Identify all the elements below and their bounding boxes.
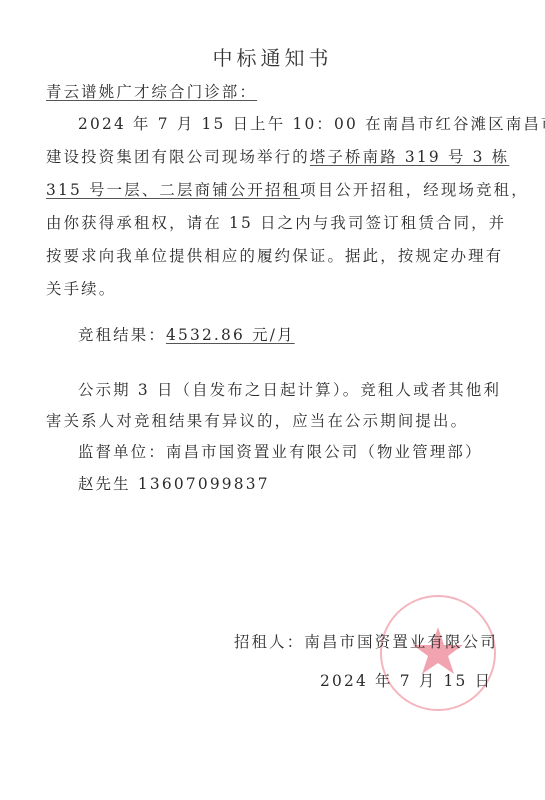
star-icon	[382, 597, 494, 709]
body-line-5: 按要求向我单位提供相应的履约保证。据此，按规定办理有	[46, 244, 503, 266]
company-seal-stamp	[380, 595, 496, 711]
result-line: 竞租结果：4532.86 元/月	[78, 323, 295, 345]
date-line: 2024 年 7 月 15 日	[320, 669, 492, 691]
supervisor-line: 监督单位：南昌市国资置业有限公司（物业管理部）	[78, 440, 483, 462]
body-line-4: 由你获得承租权，请在 15 日之内与我司签订租赁合同，并	[46, 211, 506, 233]
body-line-3-text: 项目公开招租，经现场竞租，	[300, 181, 529, 199]
result-value: 4532.86 元/月	[166, 326, 295, 344]
contact-line: 赵先生 13607099837	[78, 472, 270, 494]
addressee: 青云谱姚广才综合门诊部：	[46, 80, 257, 102]
document-title: 中标通知书	[0, 42, 545, 71]
body-line-2-text: 建设投资集团有限公司现场举行的	[46, 148, 310, 166]
body-line-1: 2024 年 7 月 15 日上午 10：00 在南昌市红谷滩区南昌市	[78, 112, 545, 134]
body-line-6: 关手续。	[46, 277, 116, 299]
body-line-2: 建设投资集团有限公司现场举行的塔子桥南路 319 号 3 栋	[46, 145, 509, 167]
project-name-part1: 塔子桥南路 319 号 3 栋	[310, 148, 509, 166]
result-label: 竞租结果：	[78, 326, 166, 344]
signer-line: 招租人：南昌市国资置业有限公司	[234, 630, 498, 652]
notice-line-1: 公示期 3 日（自发布之日起计算）。竞租人或者其他利	[78, 378, 501, 400]
notice-line-2: 害关系人对竞租结果有异议的，应当在公示期间提出。	[46, 409, 468, 431]
body-line-3: 315 号一层、二层商铺公开招租项目公开招租，经现场竞租，	[46, 178, 529, 200]
project-name-part2: 315 号一层、二层商铺公开招租	[46, 181, 300, 199]
